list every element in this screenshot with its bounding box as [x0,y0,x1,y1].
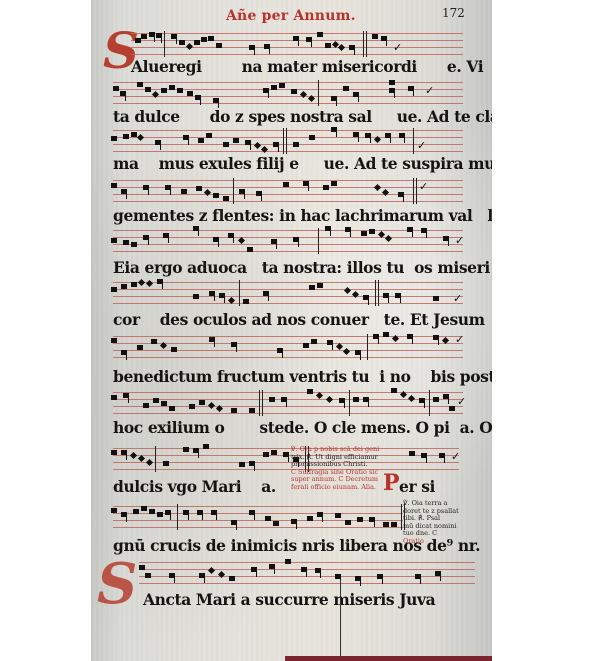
custos-icon: ✓ [455,333,464,346]
page-number: 172 [442,6,465,20]
staff-3: ✓ [113,130,463,154]
custos-icon: ✓ [425,84,434,97]
parchment-crack [340,580,341,661]
rubric-versicle-1: ℣. Ora p nobis scā dei geni trix. ℟. Ut … [291,446,381,492]
custos-icon: ✓ [417,139,426,152]
lyric-line-8: hoc exilium o stede. O cle mens. O pi a.… [113,418,473,437]
custos-icon: ✓ [457,395,466,408]
lyric-line-2: ta dulce do z spes nostra sal ue. Ad te … [113,107,473,126]
staff-10 [113,506,403,530]
custos-icon: ✓ [455,234,464,247]
staff-8: ✓ [113,392,463,416]
custos-icon: ✓ [453,292,462,305]
lyric-line-6: cor des oculos ad nos conuer te. Et Jesu… [113,310,473,329]
lyric-line-9: dulcis vgo Mari a. [113,477,293,496]
lyric-line-7: benedictum fructum ventris tu i no bis p… [113,367,473,386]
page-header: Añe per Annum. 172 [91,6,492,24]
custos-icon: ✓ [451,450,460,463]
staff-9: ✓ [113,448,459,472]
red-initial-s-bottom: S [97,556,137,612]
red-initial-p: P [383,470,400,496]
running-title: Añe per Annum. [226,8,356,24]
lyric-line-3: ma mus exules filij e ue. Ad te suspira … [113,154,473,173]
staff-5: ✓ [113,230,463,254]
lyric-line-5: Eia ergo aduoca ta nostra: illos tu os m… [113,258,473,277]
custos-icon: ✓ [393,41,402,54]
manuscript-page: Añe per Annum. 172 S ✓ Alueregi na mater… [91,0,492,661]
staff-1: ✓ [131,33,463,57]
custos-icon: ✓ [419,180,428,193]
lyric-line-11: Ancta Mari a succurre miseris Juva [143,590,483,609]
lyric-line-4: gementes z flentes: in hac lachrimarum v… [113,206,473,225]
staff-4: ✓ [113,180,463,204]
staff-7: ✓ [113,336,463,360]
lyric-per-si: er si [399,477,459,496]
page-bottom-edge [285,656,492,661]
staff-11 [139,562,475,586]
staff-6: ✓ [113,282,463,306]
lyric-line-10: gnū crucis de inimicis nris libera nos d… [113,536,413,555]
staff-2: ✓ [113,82,463,106]
lyric-line-1: Alueregi na mater misericordi e. Vi [131,57,491,76]
